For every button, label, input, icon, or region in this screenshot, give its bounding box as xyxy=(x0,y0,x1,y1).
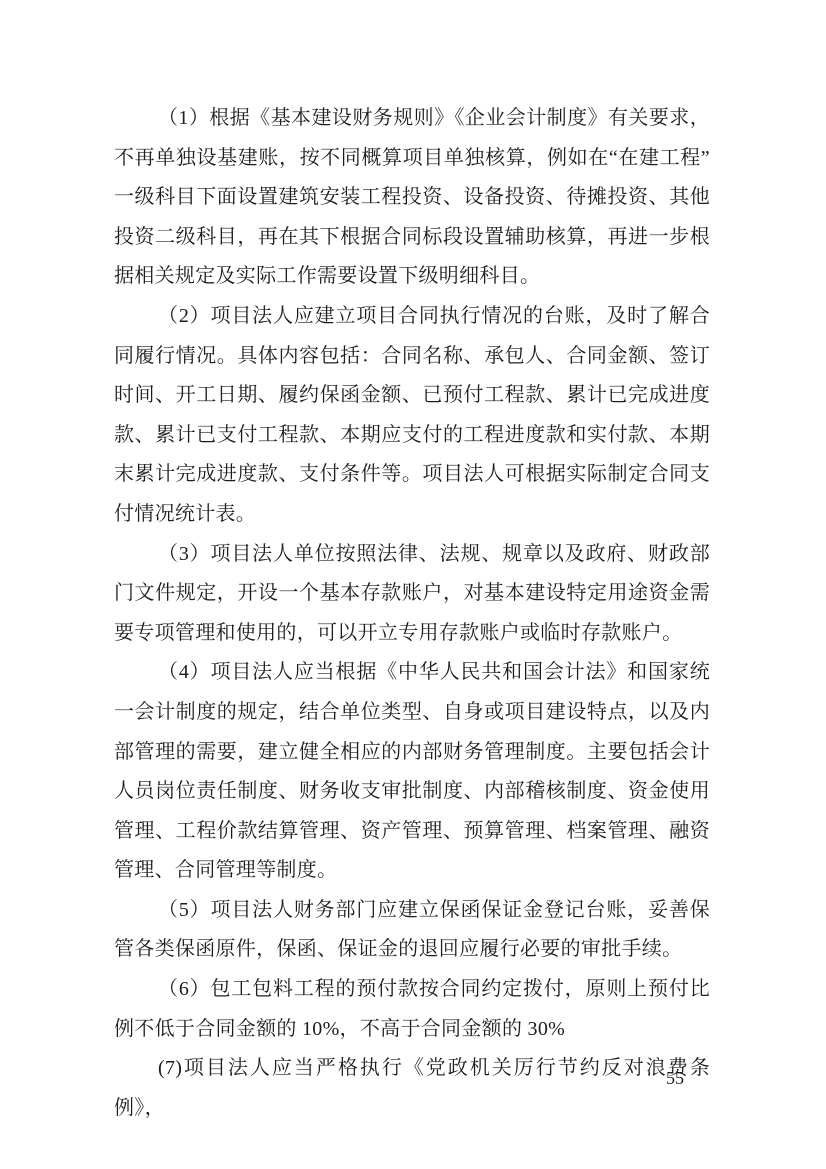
document-body: （1）根据《基本建设财务规则》《企业会计制度》有关要求，不再单独设基建账，按不同… xyxy=(114,99,710,1128)
page-number: 55 xyxy=(666,1066,684,1090)
document-page: （1）根据《基本建设财务规则》《企业会计制度》有关要求，不再单独设基建账，按不同… xyxy=(0,0,826,1169)
paragraph-6: （6）包工包料工程的预付款按合同约定拨付，原则上预付比例不低于合同金额的 10%… xyxy=(114,970,710,1049)
paragraph-1: （1）根据《基本建设财务规则》《企业会计制度》有关要求，不再单独设基建账，按不同… xyxy=(114,99,710,297)
paragraph-2: （2）项目法人应建立项目合同执行情况的台账，及时了解合同履行情况。具体内容包括：… xyxy=(114,297,710,535)
paragraph-7: (7)项目法人应当严格执行《党政机关厉行节约反对浪费条例》， xyxy=(114,1049,710,1128)
paragraph-3: （3）项目法人单位按照法律、法规、规章以及政府、财政部门文件规定，开设一个基本存… xyxy=(114,535,710,654)
paragraph-5: （5）项目法人财务部门应建立保函保证金登记台账，妥善保管各类保函原件，保函、保证… xyxy=(114,891,710,970)
paragraph-4: （4）项目法人应当根据《中华人民共和国会计法》和国家统一会计制度的规定，结合单位… xyxy=(114,653,710,891)
